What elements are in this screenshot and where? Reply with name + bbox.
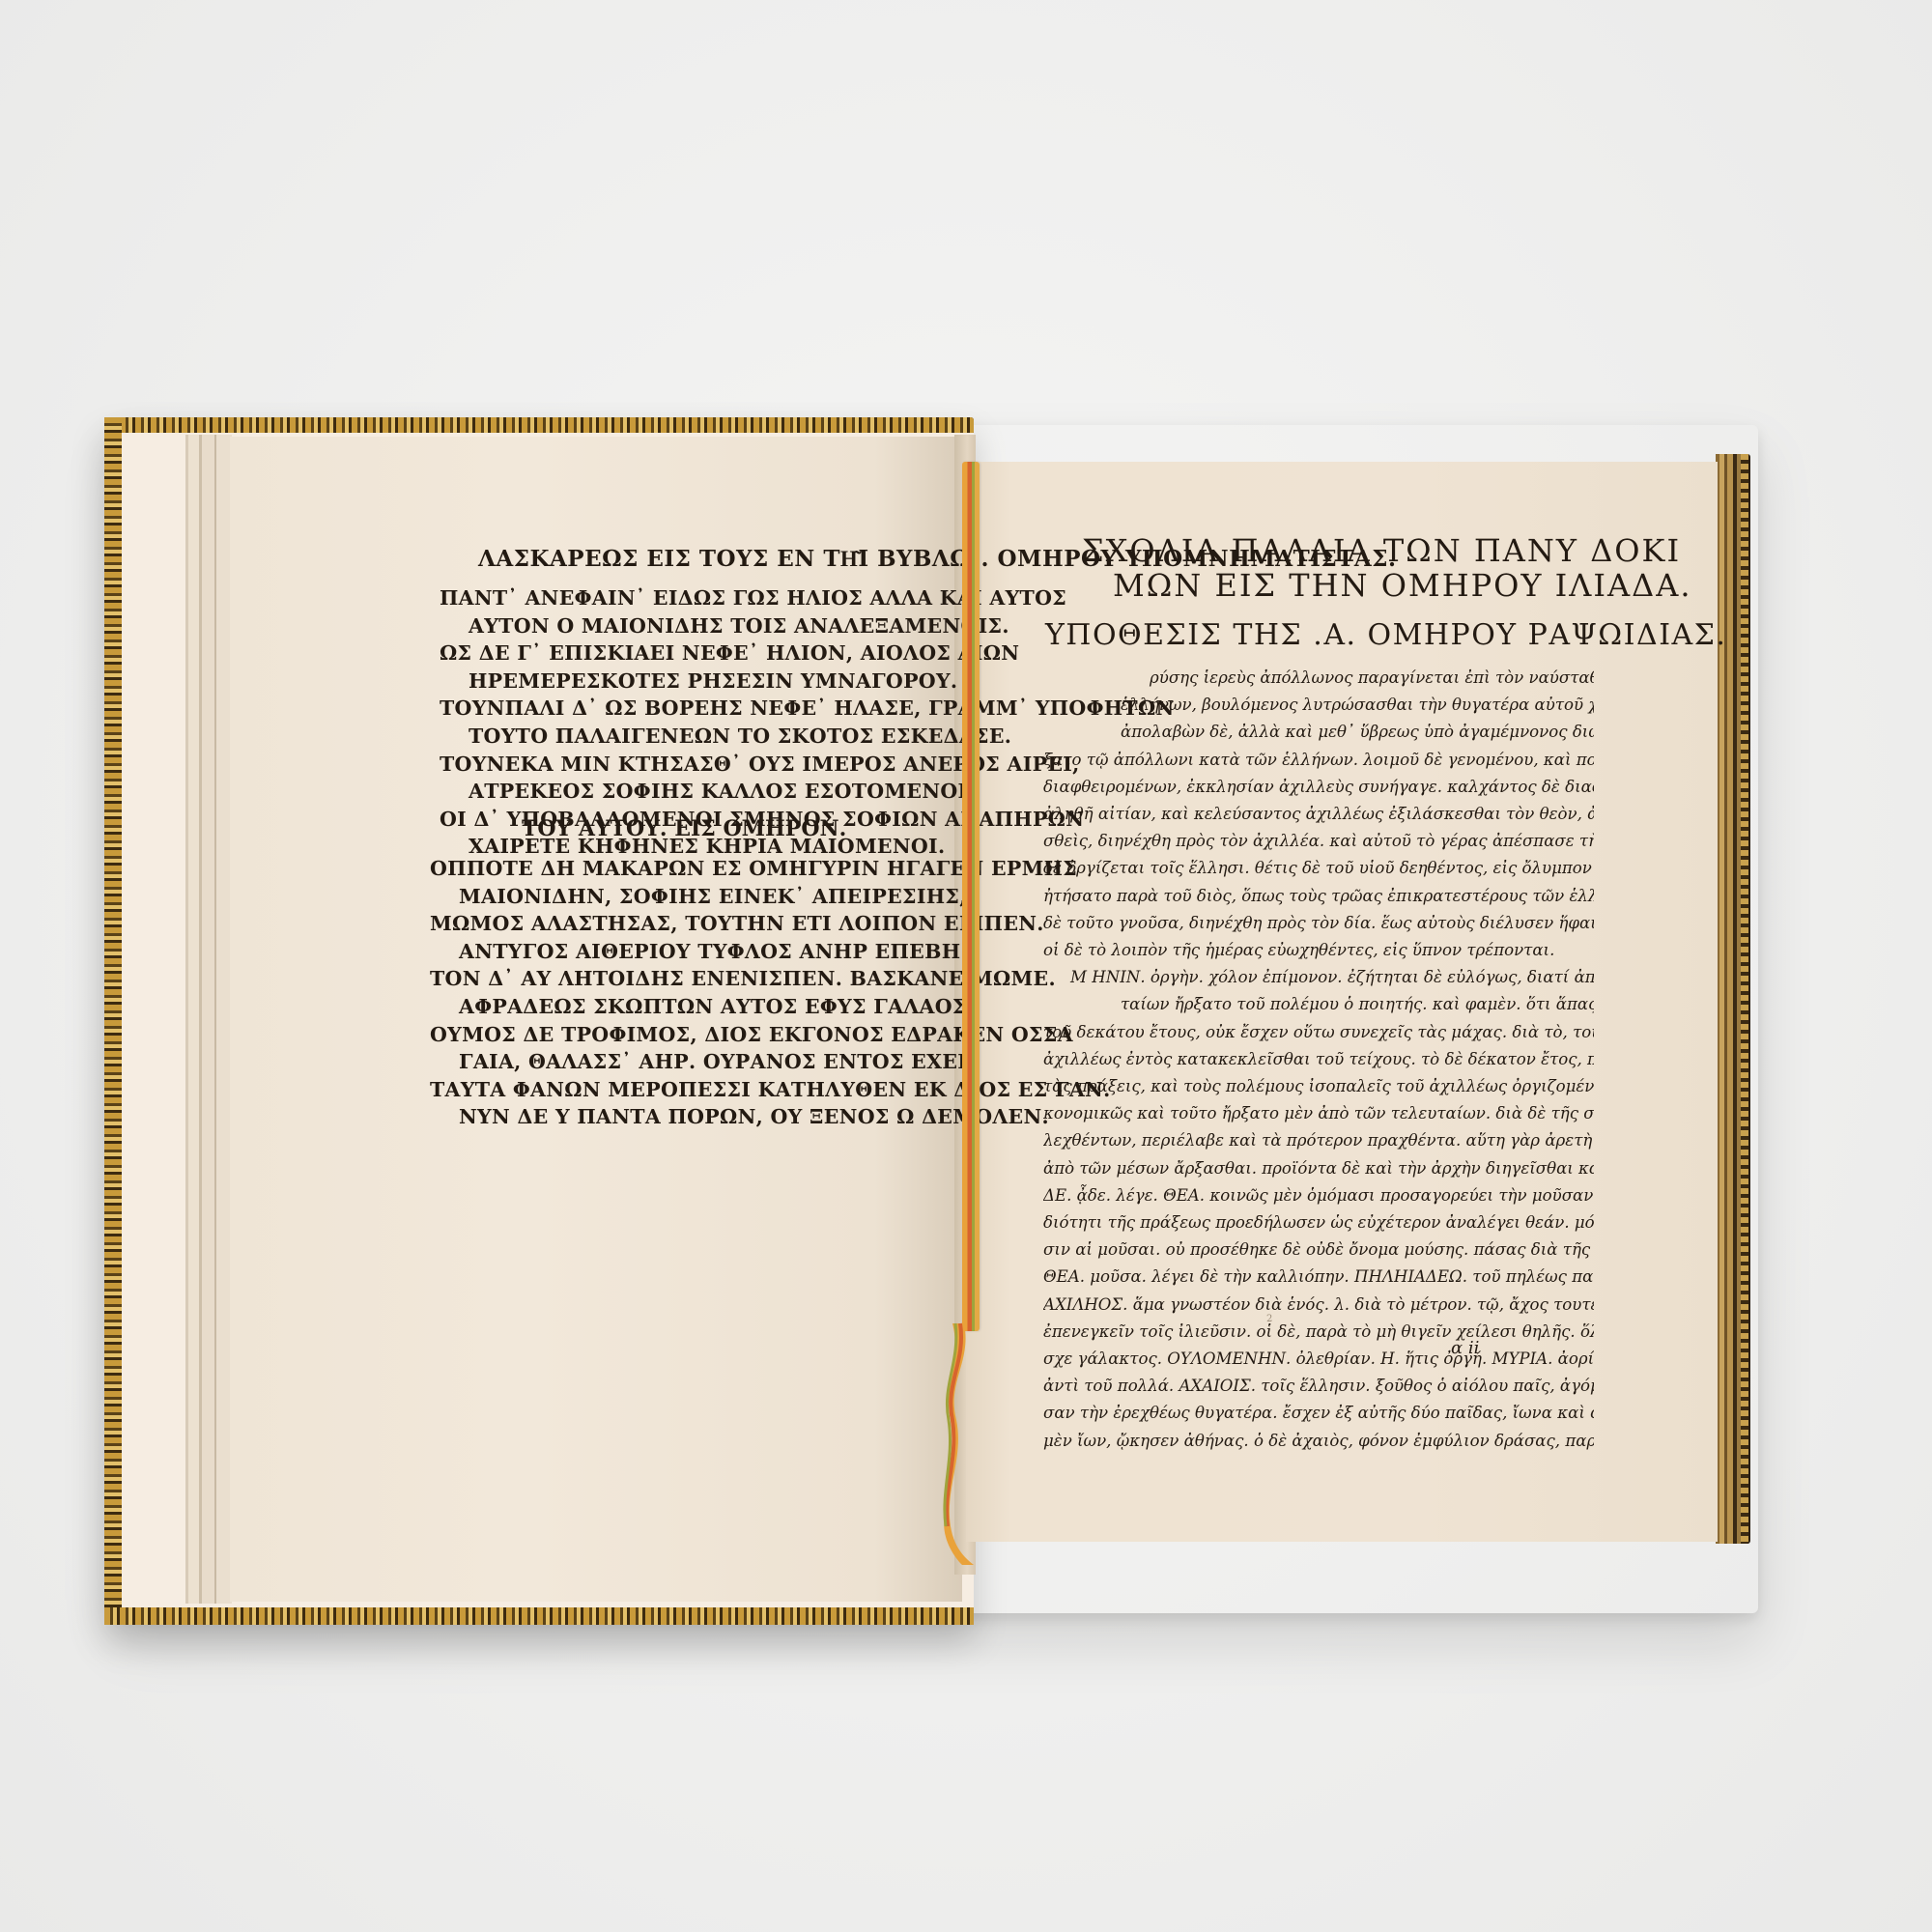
body-line: ἀντὶ τοῦ πολλά. ΑΧΑΙΟΙΣ. τοῖς ἕλλησιν. ξ…	[1043, 1373, 1594, 1400]
body-line: λεχθέντων, περιέλαβε καὶ τὰ πρότερον πρα…	[1043, 1127, 1594, 1154]
verse-line: ΑΝΤΥΓΟΣ ΑΙΘΕΡΙΟΥ ΤΥΦΛΟΣ ΑΝΗΡ ΕΠΕΒΗ.	[430, 938, 1111, 966]
flyleaf-edges	[185, 435, 232, 1604]
verse-line: ΤΟΝ Δ᾿ ΑΥ ΛΗΤΟΙΔΗΣ ΕΝΕΝΙΣΠΕΝ. ΒΑΣΚΑΝΕ ΜΩ…	[430, 965, 1111, 993]
body-line: ἐπενεγκεῖν τοῖς ἰλιεῦσιν. οἱ δὲ, παρὰ τὸ…	[1043, 1319, 1594, 1346]
verse-line: ΠΑΝΤ᾿ ΑΝΕΦΑΙΝ᾿ ΕΙΔΩΣ ΓΩΣ ΗΛΙΟΣ ΑΛΛΑ ΚΑΙ …	[440, 584, 1175, 612]
body-line: ταίων ἤρξατο τοῦ πολέμου ὁ ποιητής. καὶ …	[1043, 991, 1594, 1018]
left-second-epigram: ΟΠΠΟΤΕ ΔΗ ΜΑΚΑΡΩΝ ΕΣ ΟΜΗΓΥΡΙΝ ΗΓΑΓΕΝ ΕΡΜ…	[430, 855, 1111, 1131]
body-line: ἠτήσατο παρὰ τοῦ διὸς, ὅπως τοὺς τρῶας ἐ…	[1043, 883, 1594, 910]
verse-line: ΤΑΥΤΑ ΦΑΝΩΝ ΜΕΡΟΠΕΣΣΙ ΚΑΤΗΛΥΘΕΝ ΕΚ ΔΙΟΣ …	[430, 1076, 1111, 1104]
body-line: διότητι τῆς πράξεως προεδήλωσεν ὡς εὐχέτ…	[1043, 1209, 1594, 1236]
body-line: οἱ δὲ τὸ λοιπὸν τῆς ἡμέρας εὐωχηθέντες, …	[1043, 937, 1594, 964]
body-line: δὲ ὀργίζεται τοῖς ἕλλησι. θέτις δὲ τοῦ υ…	[1043, 855, 1594, 882]
body-line: ἑλλήνων, βουλόμενος λυτρώσασθαι τὴν θυγα…	[1043, 692, 1594, 719]
body-line: σαν τὴν ἐρεχθέως θυγατέρα. ἔσχεν ἐξ αὐτῆ…	[1043, 1400, 1594, 1427]
right-page-title: ΣΧΟΛΙΑ ΠΑΛΑΙΑ ΤΩΝ ΠΑΝΥ ΔΟΚΙ ΜΩΝ ΕΙΣ ΤΗΝ …	[1082, 533, 1692, 603]
title-line: ΜΩΝ ΕΙΣ ΤΗΝ ΟΜΗΡΟΥ ΙΛΙΑΔΑ.	[1082, 568, 1692, 603]
body-line: ΔΕ. ᾆδε. λέγε. ΘΕΑ. κοινῶς μὲν ὁμόμασι π…	[1043, 1182, 1594, 1209]
verse-line: ΑΦΡΑΔΕΩΣ ΣΚΩΠΤΩΝ ΑΥΤΟΣ ΕΦΥΣ ΓΑΛΑΟΣ.	[430, 993, 1111, 1021]
body-line: μὲν ἴων, ᾤκησεν ἀθήνας. ὁ δὲ ἀχαιὸς, φόν…	[1043, 1428, 1594, 1455]
verse-line: ΝΥΝ ΔΕ Υ ΠΑΝΤΑ ΠΟΡΩΝ, ΟΥ ΞΕΝΟΣ Ω ΔΕΜΟΛΕΝ…	[430, 1103, 1111, 1131]
body-line: σθεὶς, διηνέχθη πρὸς τὸν ἀχιλλέα. καὶ αὐ…	[1043, 828, 1594, 855]
body-line: ἀχιλλέως ἐντὸς κατακεκλεῖσθαι τοῦ τείχου…	[1043, 1046, 1594, 1073]
body-line: ἀπὸ τῶν μέσων ἄρξασθαι. προϊόντα δὲ καὶ …	[1043, 1155, 1594, 1182]
verse-line: ΜΑΙΟΝΙΔΗΝ, ΣΟΦΙΗΣ ΕΙΝΕΚ᾿ ΑΠΕΙΡΕΣΙΗΣ,	[430, 883, 1111, 911]
gilt-border-left	[104, 417, 122, 1625]
verse-line: ΟΠΠΟΤΕ ΔΗ ΜΑΚΑΡΩΝ ΕΣ ΟΜΗΓΥΡΙΝ ΗΓΑΓΕΝ ΕΡΜ…	[430, 855, 1111, 883]
body-line: ΘΕΑ. μοῦσα. λέγει δὲ τὴν καλλιόπην. ΠΗΛΗ…	[1043, 1264, 1594, 1291]
ribbon-bookmark-tail[interactable]	[943, 1323, 980, 1565]
signature-mark: α ii	[1451, 1338, 1479, 1358]
body-line: ἀληθῆ αἰτίαν, καὶ κελεύσαντος ἀχιλλέως ἐ…	[1043, 801, 1594, 828]
body-line: Μ ΗΝΙΝ. ὀργὴν. χόλον ἐπίμονον. ἐζήτηται …	[1043, 964, 1594, 991]
left-page-subheading: ΤΟΥ ΑΥΤΟΥ. ΕΙΣ ΟΜΗΡΟΝ.	[522, 816, 846, 841]
body-line: ΑΧΙΛΗΟΣ. ἅμα γνωστέον διὰ ἑνός. λ. διὰ τ…	[1043, 1292, 1594, 1319]
body-line: τοῦ δεκάτου ἔτους, οὐκ ἔσχεν οὕτω συνεχε…	[1043, 1019, 1594, 1046]
gilt-border-bottom	[104, 1607, 974, 1625]
ribbon-bookmark[interactable]	[962, 462, 980, 1331]
verse-line: ΓΑΙΑ, ΘΑΛΑΣΣ᾿ ΑΗΡ. ΟΥΡΑΝΟΣ ΕΝΤΟΣ ΕΧΕΙ.	[430, 1048, 1111, 1076]
body-line: σχε γάλακτος. ΟΥΛΟΜΕΝΗΝ. ὀλεθρίαν. Η. ἥτ…	[1043, 1346, 1594, 1373]
body-line: δὲ τοῦτο γνοῦσα, διηνέχθη πρὸς τὸν δία. …	[1043, 910, 1594, 937]
body-line: σιν αἱ μοῦσαι. οὐ προσέθηκε δὲ οὐδὲ ὄνομ…	[1043, 1236, 1594, 1264]
body-line: κονομικῶς καὶ τοῦτο ἤρξατο μὲν ἀπὸ τῶν τ…	[1043, 1100, 1594, 1127]
body-line: τὰς πράξεις, καὶ τοὺς πολέμους ἰσοπαλεῖς…	[1043, 1073, 1594, 1100]
body-line: ξατο τῷ ἀπόλλωνι κατὰ τῶν ἑλλήνων. λοιμο…	[1043, 747, 1594, 774]
body-line: ρύσης ἱερεὺς ἀπόλλωνος παραγίνεται ἐπὶ τ…	[1043, 665, 1594, 692]
right-page-subheading: ΥΠΟΘΕΣΙΣ ΤΗΣ .Α. ΟΜΗΡΟΥ ΡΑΨΩΙΔΙΑΣ.	[1045, 618, 1726, 652]
verse-line: ΟΥΜΟΣ ΔΕ ΤΡΟΦΙΜΟΣ, ΔΙΟΣ ΕΚΓΟΝΟΣ ΕΔΡΑΚΕΝ …	[430, 1021, 1111, 1049]
verse-line: ΜΩΜΟΣ ΑΛΑΣΤΗΣΑΣ, ΤΟΥΤΗΝ ΕΤΙ ΛΟΙΠΟΝ ΕΕΙΠΕ…	[430, 910, 1111, 938]
footer-number: 2	[1266, 1314, 1272, 1324]
scholia-body-text: ρύσης ἱερεὺς ἀπόλλωνος παραγίνεται ἐπὶ τ…	[1043, 665, 1594, 1455]
title-line: ΣΧΟΛΙΑ ΠΑΛΑΙΑ ΤΩΝ ΠΑΝΥ ΔΟΚΙ	[1082, 532, 1681, 569]
body-line: ἀπολαβὼν δὲ, ἀλλὰ καὶ μεθ᾿ ὕβρεως ὑπὸ ἀγ…	[1043, 719, 1594, 746]
body-line: διαφθειρομένων, ἐκκλησίαν ἀχιλλεὺς συνήγ…	[1043, 774, 1594, 801]
